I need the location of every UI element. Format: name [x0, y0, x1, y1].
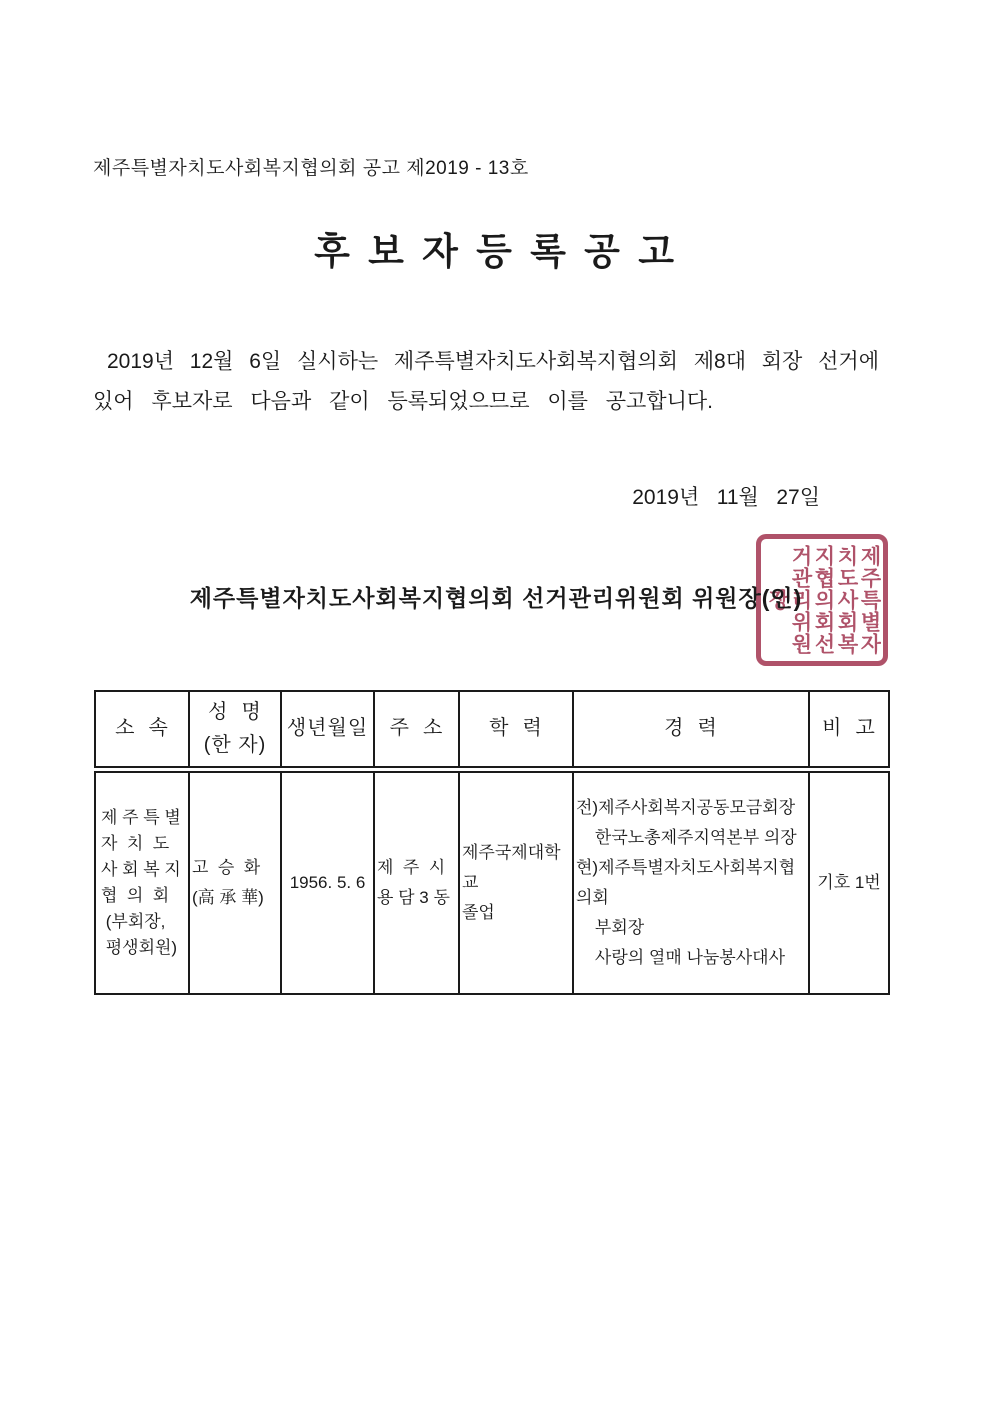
- col-header-note: 비 고: [809, 691, 889, 769]
- page-title: 후 보 자 등 록 공 고: [0, 228, 992, 276]
- candidate-table: 소 속 성 명 (한 자) 생년월일 주 소 학 력 경 력 비 고 제 주 특…: [94, 690, 890, 995]
- cell-affiliation: 제 주 특 별 자 치 도 사 회 복 지 협 의 회 (부회장, 평생회원): [95, 769, 189, 994]
- body-paragraph-line2: 있어 후보자로 다음과 같이 등록되었으므로 이를 공고합니다.: [93, 386, 713, 418]
- col-header-name: 성 명 (한 자): [189, 691, 281, 769]
- col-header-birthdate: 생년월일: [281, 691, 374, 769]
- cell-name: 고 승 화 (高 承 華): [189, 769, 281, 994]
- col-header-affiliation: 소 속: [95, 691, 189, 769]
- announcement-date: 2019년 11월 27일: [93, 483, 820, 513]
- doc-number: 제주특별자치도사회복지협의회 공고 제2019 - 13호: [93, 155, 529, 182]
- table-header-row: 소 속 성 명 (한 자) 생년월일 주 소 학 력 경 력 비 고: [95, 691, 889, 769]
- announcement-document-page: 제주특별자치도사회복지협의회 공고 제2019 - 13호 후 보 자 등 록 …: [0, 0, 992, 1403]
- body-paragraph-line1: 2019년 12월 6일 실시하는 제주특별자치도사회복지협의회 제8대 회장 …: [93, 346, 879, 378]
- cell-education: 제주국제대학교 졸업: [459, 769, 573, 994]
- cell-address: 제 주 시 용 담 3 동: [374, 769, 459, 994]
- signature-line: 제주특별자치도사회복지협의회 선거관리위원회 위원장(인): [0, 581, 992, 615]
- cell-note: 기호 1번: [809, 769, 889, 994]
- col-header-career: 경 력: [573, 691, 809, 769]
- col-header-address: 주 소: [374, 691, 459, 769]
- cell-career: 전)제주사회복지공동모금회장 한국노총제주지역본부 의장 현)제주특별자치도사회…: [573, 769, 809, 994]
- cell-birthdate: 1956. 5. 6: [281, 769, 374, 994]
- col-header-education: 학 력: [459, 691, 573, 769]
- candidate-row: 제 주 특 별 자 치 도 사 회 복 지 협 의 회 (부회장, 평생회원) …: [95, 769, 889, 994]
